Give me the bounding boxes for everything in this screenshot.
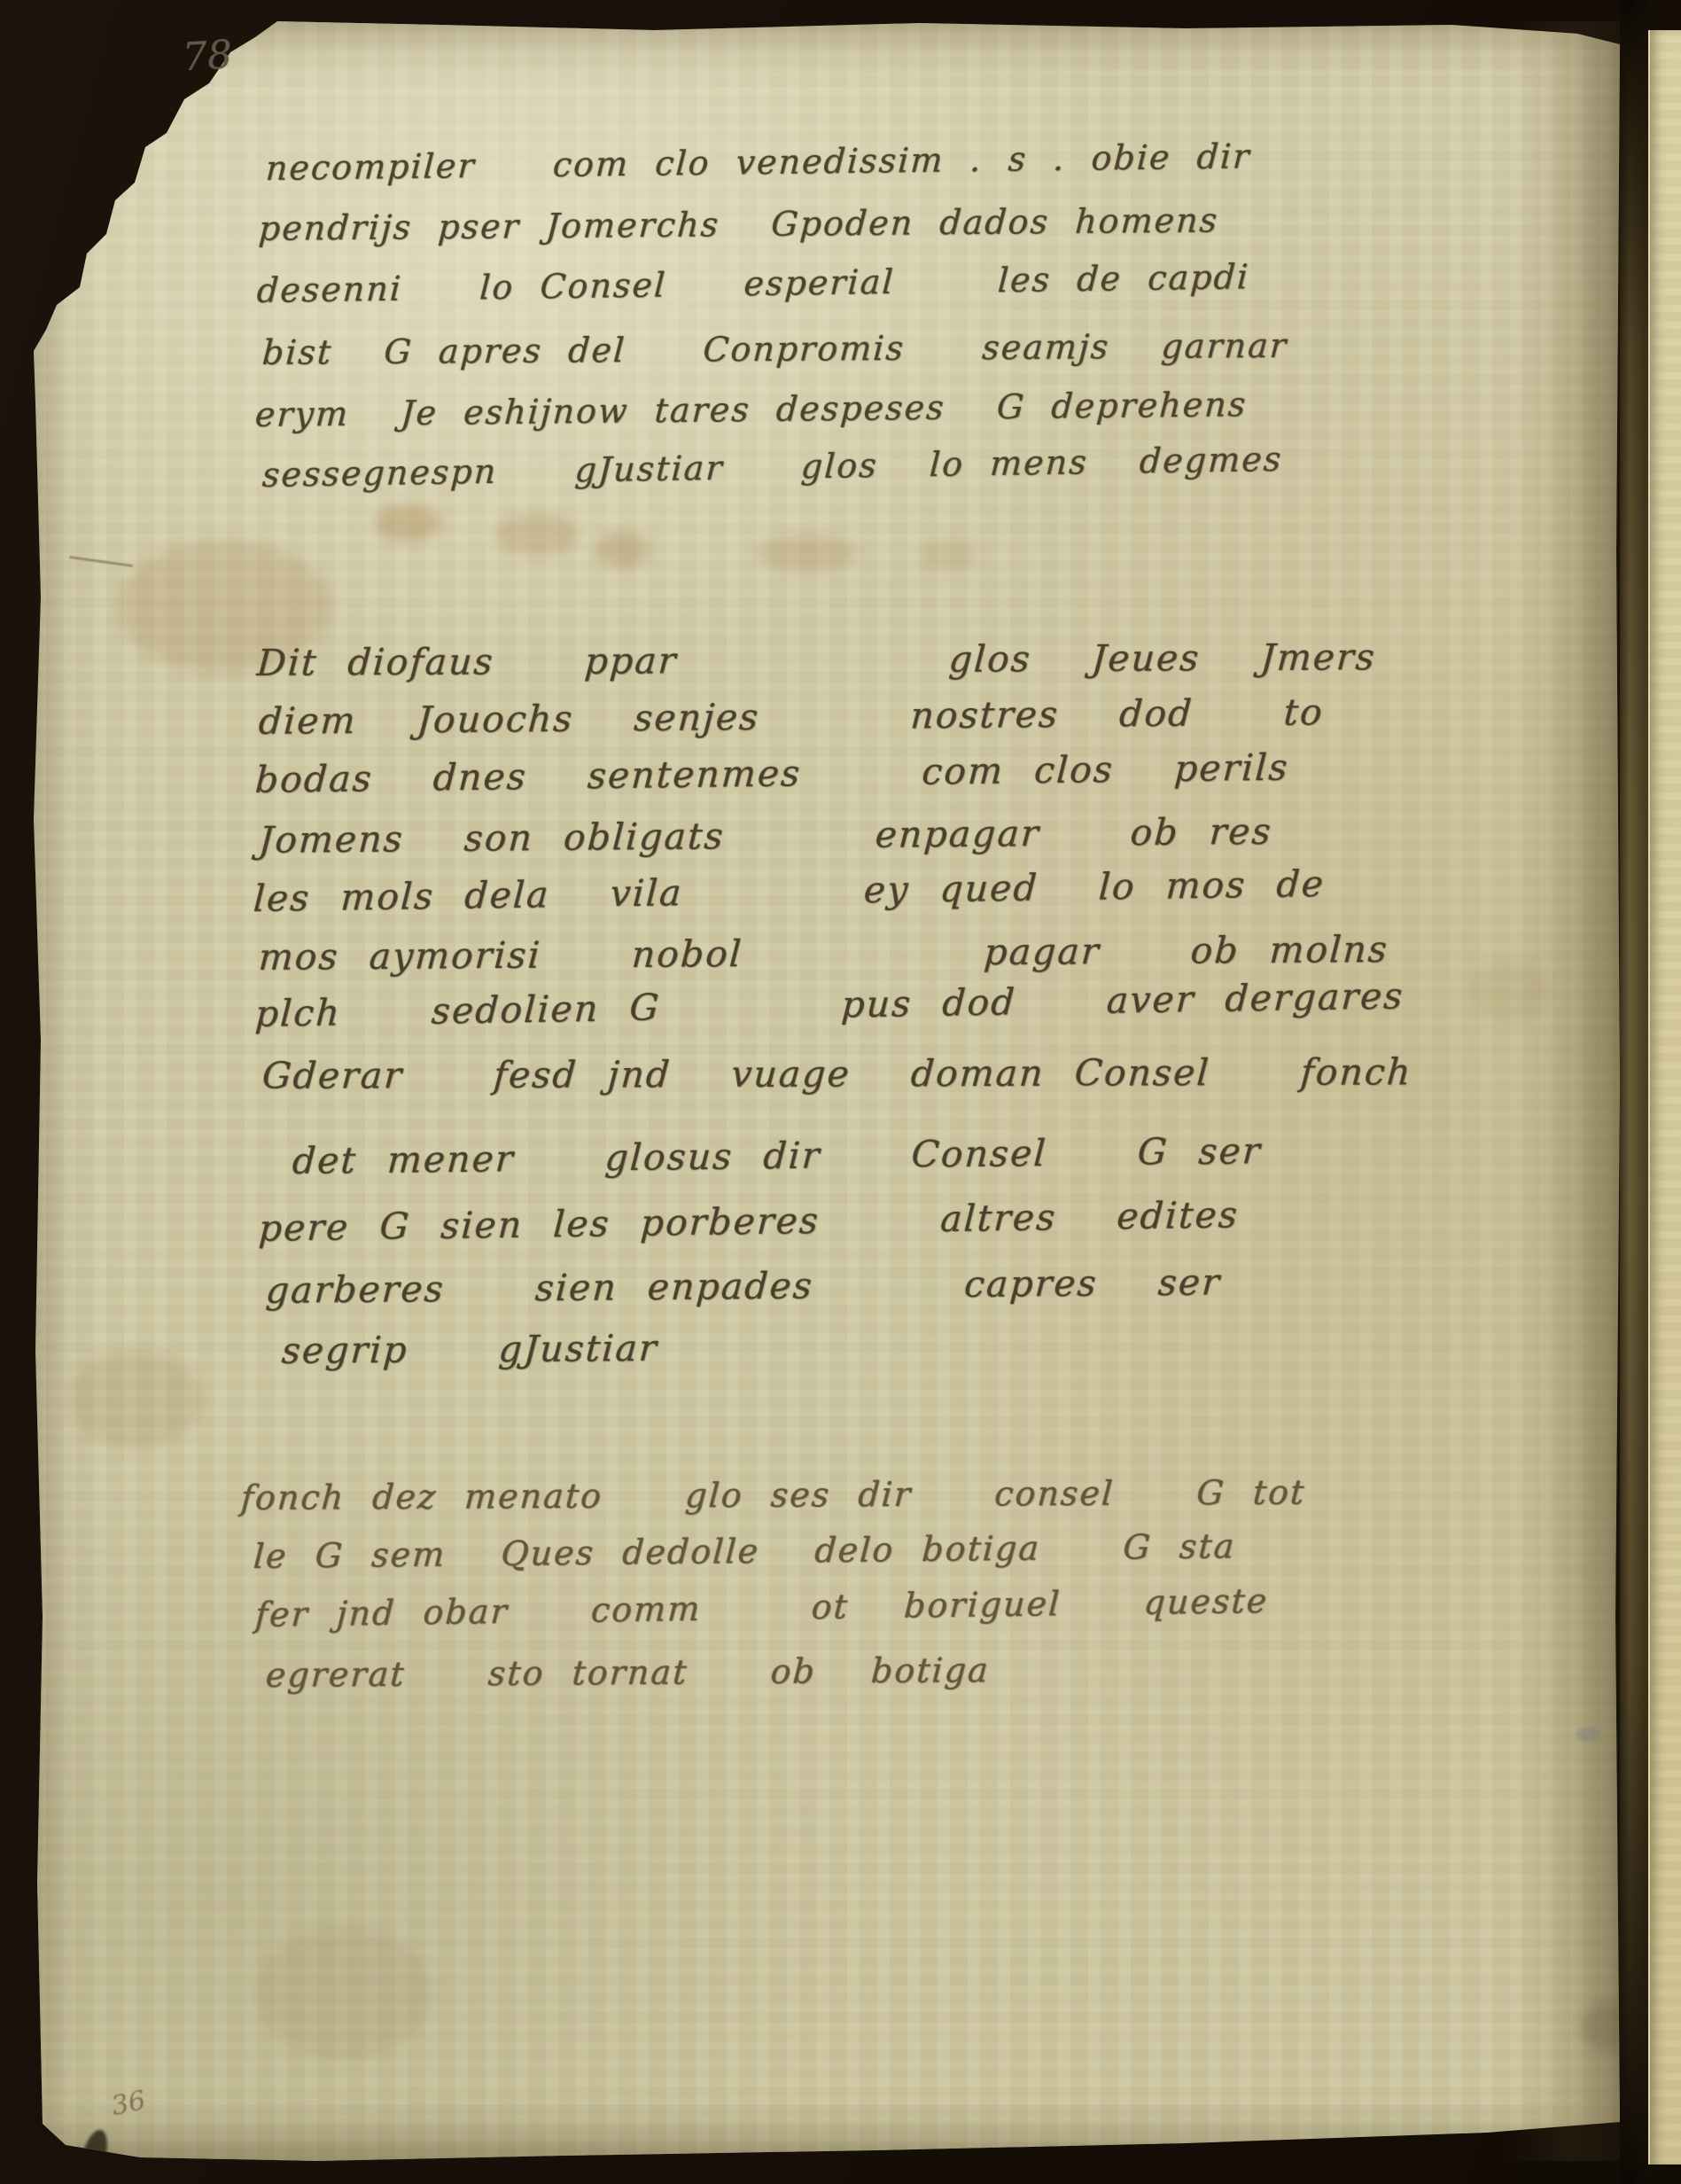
- stain: [756, 535, 858, 571]
- ink-blot: [75, 2127, 112, 2184]
- manuscript-line: Dit diofaus ppar glos Jeues Jmers: [255, 636, 1377, 684]
- ink-blot: [175, 2173, 207, 2184]
- manuscript-line: bist G apres del Conpromis seamjs garnar: [261, 326, 1289, 372]
- folio-number: 78: [182, 33, 234, 81]
- stain: [596, 531, 650, 568]
- page-curvature-shadow: [1506, 21, 1620, 2161]
- stain: [69, 1351, 202, 1448]
- adjacent-page-edge: [1648, 30, 1681, 2164]
- manuscript-photo: 78 necompiler com clo venedissim . s . o…: [0, 0, 1681, 2184]
- stain: [494, 513, 579, 556]
- manuscript-line: garberes sien enpades capres ser: [265, 1261, 1223, 1312]
- manuscript-line: egrerat sto tornat ob botiga: [265, 1650, 992, 1695]
- manuscript-line: segrip gJustiar: [280, 1327, 659, 1372]
- stain: [255, 1927, 432, 2060]
- manuscript-line: fonch dez menato glo ses dir consel G to…: [240, 1473, 1307, 1517]
- stain: [920, 540, 977, 570]
- manuscript-line: Gderar fesd jnd vuage doman Consel fonch: [261, 1050, 1413, 1097]
- paper-crack: [69, 556, 133, 567]
- manuscript-line: mos aymorisi nobol pagar ob molns: [257, 928, 1389, 979]
- manuscript-line: Jomens son obligats enpagar ob res: [258, 810, 1274, 862]
- book-gutter: [1620, 0, 1648, 2184]
- stain: [375, 504, 441, 542]
